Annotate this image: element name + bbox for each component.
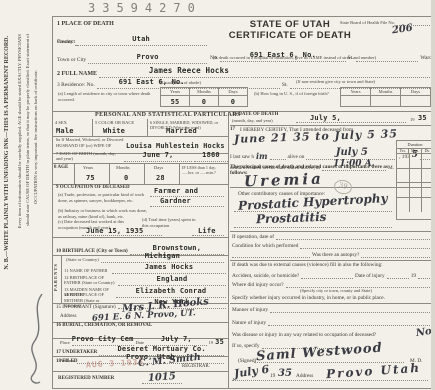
form-rule [397, 182, 433, 183]
duration-col-mos: Mos. [409, 149, 421, 153]
sex-race-marital-row: 4 SEXMale 5 COLOR OR RACEWhite 6 SINGLE,… [52, 119, 228, 137]
residence-length-section: (a) Length of residence in city or town … [52, 86, 432, 112]
manner-label: Manner of injury [232, 307, 268, 313]
condition-label: Condition for which performed [232, 243, 298, 249]
sign-date-handwritten: July 6 [233, 364, 269, 380]
birth-date-field: June 7, [124, 145, 192, 162]
marital-value: Married [166, 128, 197, 135]
nature-label: Nature of injury [232, 320, 266, 326]
age-days-value: 28 [156, 175, 165, 182]
spouse-label: 6a If Married, Widowed, or Divorced HUSB… [56, 137, 124, 148]
occupation-a-label: (a) Trade, profession, or particular kin… [58, 192, 148, 203]
margin-note-line2: should state CAUSE OF DEATH in plain ter… [25, 34, 30, 226]
certificate-title: CERTIFICATE OF DEATH [210, 30, 370, 41]
age-years-value: 75 [86, 175, 95, 182]
occupation-a-value1: Farmer and [154, 188, 198, 195]
occupation-section: 9 OCCUPATION OF DECEASED (a) Trade, prof… [52, 184, 228, 238]
precinct-field [77, 39, 207, 46]
form-rule [397, 168, 433, 169]
related-label: Was disease or injury in any way related… [232, 332, 376, 338]
contributory-causes-block: Other contributory causes of importance:… [230, 188, 432, 232]
occupation-a-value2: Gardner [160, 198, 191, 205]
injury-year-field [418, 272, 430, 279]
fill-line [150, 206, 224, 207]
age-months-value: 0 [124, 175, 128, 182]
residence-a-label: (a) Length of residence in city or town … [58, 91, 158, 102]
age-years-header: Years [83, 165, 93, 171]
residence-days-value: 0 [231, 99, 235, 106]
margin-ink-scrawl [26, 292, 48, 387]
duration-col-ds: Ds. [422, 149, 433, 153]
injury-date-label: Date of injury [355, 273, 385, 279]
contributory-cause-2-handwritten: Prostatitis [256, 211, 327, 225]
informant-address-label: Address [60, 314, 76, 320]
autopsy-field [361, 251, 430, 258]
filed-date-stamp: AUG 3 1935 [86, 357, 145, 369]
margin-note-permanent-record: N. B.—WRITE PLAINLY WITH UNFADING INK—TH… [4, 36, 10, 270]
age-days-header: Days [154, 165, 163, 171]
autopsy-label: Was there an autopsy? [312, 252, 359, 258]
occupation-c-value: June 15, 1935 [86, 228, 143, 235]
nature-of-injury-row: Nature of injury [232, 319, 430, 326]
race-value: White [103, 128, 125, 135]
age-months-header: Months [116, 165, 130, 171]
nonresident-note: (If non-resident give city or town and S… [296, 79, 375, 85]
date-of-death-year: 35 [418, 115, 427, 122]
external-causes-block: If death was due to external causes (vio… [230, 260, 432, 304]
file-no-label: State Board of Health File No. [340, 20, 395, 26]
birth-date-row: 7 DATE OF BIRTH (month, day, and year) J… [52, 153, 228, 164]
age-label: 8 AGE [54, 165, 68, 171]
condition-field [300, 242, 430, 249]
informant-row: 15 INFORMANT (Signature) Mrs J. R. Hooks… [52, 303, 228, 323]
fill-line [142, 383, 182, 384]
printed-19: 19 [410, 117, 415, 123]
file-no-handwritten: 206 [391, 24, 413, 37]
margin-note-line3: OCCUPATION is very important. See instru… [33, 70, 38, 204]
months-header: Months [190, 88, 218, 96]
hospital-note: (If death occurred in a hospital or inst… [213, 55, 433, 61]
age-row: 8 AGE Years75 Months0 Days28 IF LESS tha… [52, 164, 228, 185]
margin-note-line1: Every item of information should be care… [17, 34, 22, 228]
printed-19: 19 [270, 373, 275, 379]
accident-label: Accident, suicide, or homicide? [232, 273, 299, 279]
informant-label: 15 INFORMANT (Signature) [56, 305, 116, 311]
undertaker-row: 17 UNDERTAKER Deseret Mortuary Co. Addre… [52, 338, 228, 357]
fill-line [192, 235, 224, 236]
birth-date-label: 7 DATE OF BIRTH (month, day, and year) [56, 151, 122, 162]
printed-19: 19 [411, 273, 416, 279]
specify-injury-label: Specify whether injury occurred in indus… [232, 295, 385, 301]
duration-col-yrs: Yrs. [397, 149, 409, 153]
sign-address-label: Address [296, 373, 313, 379]
sex-label: 4 SEX [55, 120, 67, 126]
place-of-death-label: 1 PLACE OF DEATH [57, 21, 114, 28]
injury-date-field [387, 272, 409, 279]
race-label: 5 COLOR OR RACE [95, 120, 134, 126]
precinct-label: Precinct [57, 39, 75, 46]
duration-title: Duration [397, 141, 433, 149]
parents-side-label: PARENTS [53, 263, 58, 291]
form-rule [228, 112, 229, 388]
filed-label: 18 FILED [56, 359, 78, 365]
registered-number-row: REGISTERED NUMBER 1015 [52, 371, 228, 388]
date-of-death-value: July 5, [310, 115, 341, 122]
burial-row: 16 BURIAL, CREMATION, OR REMOVAL Place P… [52, 322, 228, 339]
operation-block: If operation, date of Condition for whic… [230, 231, 432, 261]
residence-b-table: Years Months Days [340, 87, 431, 107]
fill-line [232, 380, 428, 381]
death-certificate-scan: N. B.—WRITE PLAINLY WITH UNFADING INK—TH… [0, 0, 435, 390]
occupation-label: 9 OCCUPATION OF DECEASED [56, 185, 130, 191]
birth-year-field: 1860 [194, 145, 228, 162]
residence-a-table: Years55 Months0 Days0 [160, 87, 248, 107]
nature-field [268, 319, 430, 326]
fill-line [82, 235, 162, 236]
where-injury-label: Where did injury occur? [232, 282, 284, 288]
where-injury-note: (Specify city or town, county and State) [300, 288, 372, 294]
occupation-d-label: (d) Total time (years) spent in this occ… [142, 217, 196, 228]
filed-row: 18 FILED AUG 3 1935 C. M. Smith REGISTRA… [52, 356, 228, 372]
fill-line [296, 122, 406, 123]
residence-b-label: (b) How long in U. S., if of foreign bir… [254, 91, 336, 97]
fill-line [232, 251, 310, 258]
occupation-b-label: (b) Industry or business in which work w… [58, 208, 150, 219]
years-header: Years [341, 88, 370, 96]
manner-of-injury-row: Manner of injury [232, 306, 430, 313]
manner-field [270, 306, 430, 313]
fill-line [234, 227, 392, 228]
form-rule [52, 16, 432, 17]
stamped-serial-number: 33594270 [88, 1, 202, 15]
days-header: Days [219, 88, 247, 96]
occupation-related-row: Was disease or injury in any way related… [230, 330, 432, 341]
sex-value: Male [56, 128, 74, 135]
sign-year-handwritten: 35 [278, 369, 292, 379]
occupation-d-value: Life [198, 228, 216, 235]
where-injury-field [286, 281, 430, 288]
if-so-label: If so, specify [232, 343, 260, 349]
abode-note: (Usual place of abode) [160, 80, 201, 86]
date-of-death-sub: (month, day, and year) [232, 118, 273, 124]
form-rule [61, 255, 62, 303]
registered-number-label: REGISTERED NUMBER [58, 376, 114, 382]
age-less-note: IF LESS than 1 day, ......hrs. or ......… [182, 165, 228, 176]
residence-months-value: 0 [202, 99, 206, 106]
physician-date-address-row: July 6 19 35 Address Provo Utah [230, 366, 432, 384]
months-header: Months [371, 88, 400, 96]
related-answer-handwritten: No [415, 327, 432, 339]
accident-field [301, 272, 353, 279]
operation-date-field [276, 233, 430, 240]
years-header: Years [161, 88, 189, 96]
residence-years-value: 55 [171, 99, 180, 106]
form-rule [52, 388, 432, 389]
operation-label: If operation, date of [232, 234, 274, 240]
date-of-death-row: 16 DATE OF DEATH (month, day, and year) … [230, 112, 432, 126]
external-causes-label: If death was due to external causes (vio… [232, 262, 383, 268]
signed-label: (Signed) [238, 358, 256, 364]
days-header: Days [401, 88, 430, 96]
birthplace-row: 10 BIRTHPLACE (City or Town) Brownstown,… [52, 237, 228, 256]
registrar-label: REGISTRAR. [182, 364, 210, 370]
